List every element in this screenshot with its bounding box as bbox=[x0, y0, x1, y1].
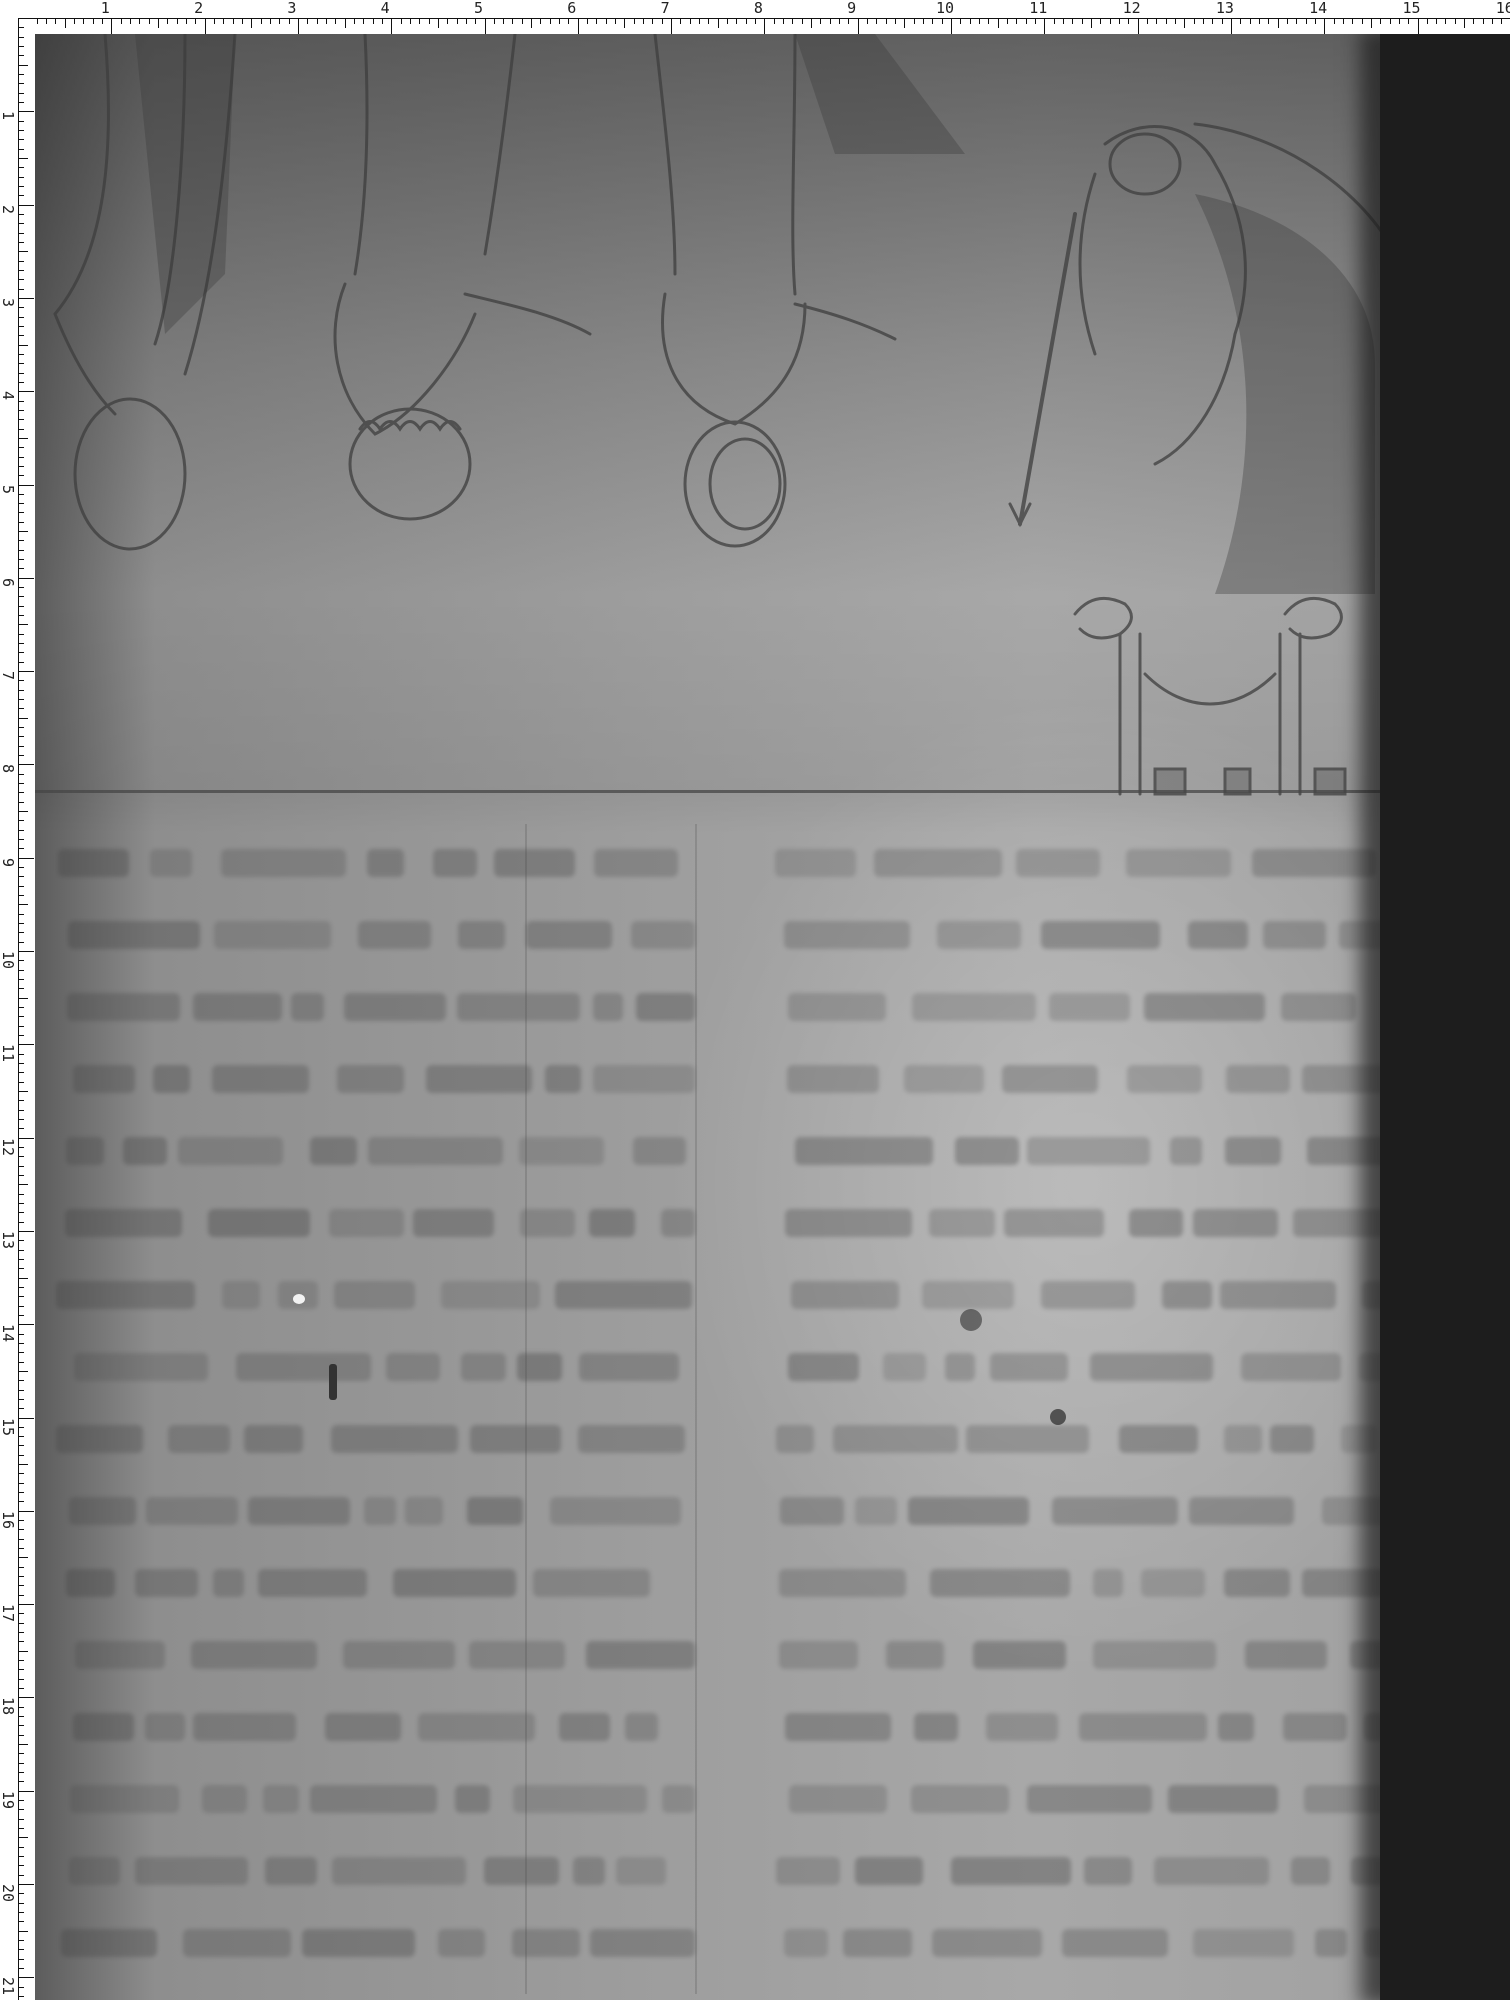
ruler-tick bbox=[18, 680, 24, 681]
horizontal-ruling-line bbox=[35, 790, 1405, 793]
ruler-tick bbox=[18, 1585, 24, 1586]
ruler-tick bbox=[1194, 18, 1195, 24]
ruler-tick bbox=[942, 18, 943, 24]
undertext-line bbox=[55, 849, 705, 877]
ruler-tick bbox=[18, 55, 24, 56]
ruler-tick bbox=[18, 1072, 24, 1073]
ruler-tick bbox=[1082, 18, 1083, 24]
ruler-tick bbox=[18, 1819, 24, 1820]
ruler-tick bbox=[18, 1707, 24, 1708]
undertext-line bbox=[55, 993, 705, 1021]
ruler-tick bbox=[18, 1054, 24, 1055]
ruler-tick bbox=[18, 830, 24, 831]
ruler-tick bbox=[1138, 18, 1139, 34]
ruler-tick bbox=[18, 1753, 24, 1754]
ruler-tick bbox=[18, 652, 24, 653]
ruler-tick bbox=[1483, 18, 1484, 24]
ruler-tick bbox=[960, 18, 961, 24]
ruler-tick bbox=[485, 18, 486, 34]
ruler-tick bbox=[18, 1847, 24, 1848]
ruler-tick bbox=[848, 18, 849, 24]
ruler-tick bbox=[1268, 18, 1269, 24]
ruler-tick bbox=[1334, 18, 1335, 24]
ruler-tick bbox=[587, 18, 588, 24]
ruler-tick bbox=[18, 774, 24, 775]
ruler-tick bbox=[158, 18, 159, 28]
ruler-tick bbox=[18, 74, 24, 75]
ruler-tick bbox=[951, 18, 952, 34]
ruler-tick bbox=[18, 438, 28, 439]
ruler-tick bbox=[18, 1026, 24, 1027]
ruler-tick bbox=[18, 923, 24, 924]
ruler-top-label: 8 bbox=[754, 0, 763, 16]
ruler-tick bbox=[18, 1651, 28, 1652]
ruler-tick bbox=[373, 18, 374, 24]
ruler-tick bbox=[1119, 18, 1120, 24]
ruler-tick bbox=[1436, 18, 1437, 24]
ruler-tick bbox=[970, 18, 971, 24]
ruler-top-label: 1 bbox=[101, 0, 110, 16]
ruler-tick bbox=[914, 18, 915, 24]
ruler-tick bbox=[988, 18, 989, 24]
ruler-tick bbox=[18, 1940, 24, 1941]
ruler-tick bbox=[18, 1436, 24, 1437]
ruler-tick bbox=[18, 1613, 24, 1614]
text-column-left bbox=[55, 849, 705, 2000]
ruler-tick bbox=[18, 596, 24, 597]
ruler-tick bbox=[18, 298, 34, 299]
ruler-tick bbox=[18, 1203, 24, 1204]
ruler-tick bbox=[1203, 18, 1204, 24]
ruler-tick bbox=[18, 1044, 34, 1045]
ruler-tick bbox=[18, 1296, 24, 1297]
ruler-tick bbox=[18, 1007, 24, 1008]
bright-spot bbox=[293, 1294, 305, 1304]
ruler-tick bbox=[18, 895, 24, 896]
ruler-top-label: 11 bbox=[1029, 0, 1047, 16]
ruler-tick bbox=[18, 1464, 28, 1465]
ruler-tick bbox=[18, 764, 34, 765]
ruler-tick bbox=[624, 18, 625, 28]
undertext-line bbox=[55, 1281, 705, 1309]
ruler-tick bbox=[18, 1501, 24, 1502]
ruler-tick bbox=[18, 335, 24, 336]
ruler-tick bbox=[18, 46, 24, 47]
ruler-tick bbox=[18, 1250, 24, 1251]
ruler-tick bbox=[839, 18, 840, 24]
ruler-tick bbox=[205, 18, 206, 34]
ruler-tick bbox=[1362, 18, 1363, 24]
ruler-tick bbox=[18, 886, 24, 887]
ruler-tick bbox=[410, 18, 411, 24]
ruler-tick bbox=[1100, 18, 1101, 24]
ruler-top-label: 12 bbox=[1123, 0, 1141, 16]
ruler-tick bbox=[18, 242, 24, 243]
ruler-tick bbox=[18, 1408, 24, 1409]
ruler-tick bbox=[1287, 18, 1288, 24]
ruler-tick bbox=[18, 951, 34, 952]
ruler-tick bbox=[18, 1231, 34, 1232]
ruler-tick bbox=[18, 1725, 24, 1726]
dark-edge-band bbox=[1380, 34, 1510, 2000]
ruler-tick bbox=[540, 18, 541, 24]
ruler-tick bbox=[18, 139, 24, 140]
ruler-tick bbox=[55, 18, 56, 24]
ruler-tick bbox=[18, 1175, 24, 1176]
ruler-tick bbox=[18, 876, 24, 877]
ruler-tick bbox=[18, 867, 24, 868]
ruler-tick bbox=[18, 1222, 24, 1223]
ruler-tick bbox=[149, 18, 150, 24]
ruler-tick bbox=[261, 18, 262, 24]
staff bbox=[1020, 214, 1075, 524]
undertext-line bbox=[55, 1137, 705, 1165]
ruler-tick bbox=[18, 858, 34, 859]
ruler-tick bbox=[18, 1912, 24, 1913]
ruler-left-band bbox=[18, 18, 34, 2000]
ruler-tick bbox=[18, 1287, 24, 1288]
ruler-tick bbox=[401, 18, 402, 24]
ruler-tick bbox=[1175, 18, 1176, 24]
ruler-tick bbox=[764, 18, 765, 34]
ruler-tick bbox=[18, 1931, 28, 1932]
ruler-tick bbox=[634, 18, 635, 24]
figure-1-robe bbox=[55, 34, 115, 414]
ruler-tick bbox=[18, 988, 24, 989]
ruler-tick bbox=[18, 1903, 24, 1904]
undertext-line bbox=[775, 1713, 1405, 1741]
undertext-line bbox=[55, 1929, 705, 1957]
ruler-tick bbox=[18, 1763, 24, 1764]
ruler-tick bbox=[18, 466, 24, 467]
ruler-tick bbox=[233, 18, 234, 24]
ruler-tick bbox=[18, 671, 34, 672]
ruler-tick bbox=[1296, 18, 1297, 24]
undertext-line bbox=[775, 1209, 1405, 1237]
ruler-tick bbox=[18, 820, 24, 821]
ruler-tick bbox=[18, 18, 34, 19]
ruler-tick bbox=[1250, 18, 1251, 24]
ruler-tick bbox=[18, 345, 28, 346]
ruler-tick bbox=[690, 18, 691, 24]
ruler-tick bbox=[18, 1511, 34, 1512]
ruler-tick bbox=[1492, 18, 1493, 24]
ruler-tick bbox=[18, 1548, 24, 1549]
ruler-tick bbox=[102, 18, 103, 24]
ruler-tick bbox=[18, 1399, 24, 1400]
ruler-tick bbox=[18, 1949, 24, 1950]
ruler-tick bbox=[18, 1875, 24, 1876]
ruler-tick bbox=[736, 18, 737, 24]
ruler-tick bbox=[895, 18, 896, 24]
ruler-tick bbox=[708, 18, 709, 24]
ruler-tick bbox=[18, 1445, 24, 1446]
ruler-tick bbox=[18, 1212, 24, 1213]
ruler-tick bbox=[18, 93, 24, 94]
ruler-tick bbox=[1156, 18, 1157, 24]
ruler-tick bbox=[18, 373, 24, 374]
ruler-tick bbox=[18, 1343, 24, 1344]
ruler-tick bbox=[18, 1781, 24, 1782]
ruler-tick bbox=[1026, 18, 1027, 24]
ruler-tick bbox=[18, 1856, 24, 1857]
ruler-tick bbox=[18, 1809, 24, 1810]
ruler-tick bbox=[307, 18, 308, 24]
ruler-tick bbox=[18, 624, 28, 625]
ruler-tick bbox=[251, 18, 252, 28]
ruler-tick bbox=[18, 317, 24, 318]
ruler-tick bbox=[382, 18, 383, 24]
ruler-tick bbox=[18, 783, 24, 784]
ruler-tick bbox=[335, 18, 336, 24]
ruler-tick bbox=[419, 18, 420, 24]
ruler-tick bbox=[18, 606, 24, 607]
ruler-tick bbox=[18, 1669, 24, 1670]
undertext-line bbox=[775, 1785, 1405, 1813]
ruler-tick bbox=[130, 18, 131, 24]
ruler-tick bbox=[18, 960, 24, 961]
ruler-tick bbox=[18, 121, 24, 122]
ruler-tick bbox=[18, 802, 24, 803]
ruler-tick bbox=[18, 1063, 24, 1064]
ruler-tick bbox=[326, 18, 327, 24]
ruler-tick bbox=[18, 279, 24, 280]
ruler-tick bbox=[18, 1735, 24, 1736]
ruler-tick bbox=[1147, 18, 1148, 24]
undertext-line bbox=[775, 993, 1405, 1021]
ruler-tick bbox=[18, 1324, 34, 1325]
ruler-tick bbox=[858, 18, 859, 34]
ruler-top-label: 15 bbox=[1402, 0, 1420, 16]
ruler-tick bbox=[596, 18, 597, 24]
ruler-tick bbox=[18, 102, 24, 103]
ruler-tick bbox=[615, 18, 616, 24]
ruler-tick bbox=[755, 18, 756, 24]
ruler-tick bbox=[18, 354, 24, 355]
ruler-tick bbox=[475, 18, 476, 24]
figure-2-head bbox=[350, 409, 470, 519]
ruler-tick bbox=[18, 223, 24, 224]
ruler-tick bbox=[18, 149, 24, 150]
ruler-tick bbox=[18, 1362, 24, 1363]
undertext-line bbox=[55, 921, 705, 949]
ruler-tick bbox=[18, 690, 24, 691]
ruler-tick bbox=[18, 1147, 24, 1148]
ruler-tick bbox=[1212, 18, 1213, 24]
undertext-line bbox=[55, 1353, 705, 1381]
undertext-line bbox=[775, 1569, 1405, 1597]
ruler-tick bbox=[18, 522, 24, 523]
ruler-tick bbox=[18, 1987, 24, 1988]
ruler-top-label: 16 bbox=[1496, 0, 1510, 16]
ruler-tick bbox=[550, 18, 551, 24]
ruler-tick bbox=[746, 18, 747, 24]
ruler-tick bbox=[18, 1744, 28, 1745]
text-column-right bbox=[775, 849, 1405, 2000]
ruler-tick bbox=[1324, 18, 1325, 34]
ruler-top-label: 5 bbox=[474, 0, 483, 16]
ruler-tick bbox=[298, 18, 299, 34]
ruler-tick bbox=[18, 755, 24, 756]
undertext-line bbox=[775, 921, 1405, 949]
ruler-tick bbox=[18, 1082, 24, 1083]
ruler-tick bbox=[1343, 18, 1344, 24]
ruler-tick bbox=[18, 289, 24, 290]
ruler-tick bbox=[494, 18, 495, 24]
ruler-top-label: 6 bbox=[567, 0, 576, 16]
ruler-tick bbox=[18, 1641, 24, 1642]
ruler-tick bbox=[18, 718, 28, 719]
ruler-tick bbox=[18, 662, 24, 663]
undertext-line bbox=[775, 1065, 1405, 1093]
ruler-tick bbox=[18, 727, 24, 728]
ruler-tick bbox=[18, 391, 34, 392]
ruler-tick bbox=[18, 1156, 24, 1157]
ruler-tick bbox=[1464, 18, 1465, 28]
ruler-tick bbox=[1072, 18, 1073, 24]
ruler-tick bbox=[1473, 18, 1474, 24]
ruler-tick bbox=[167, 18, 168, 24]
ruler-tick bbox=[242, 18, 243, 24]
ruler-top-label: 10 bbox=[936, 0, 954, 16]
undertext-line bbox=[775, 1137, 1405, 1165]
ruler-tick bbox=[18, 1716, 24, 1717]
ruler-tick bbox=[354, 18, 355, 24]
undertext-line bbox=[775, 1353, 1405, 1381]
ruler-tick bbox=[1063, 18, 1064, 24]
ruler-tick bbox=[1240, 18, 1241, 24]
ruler-tick bbox=[18, 1539, 24, 1540]
ruler-tick bbox=[18, 1380, 24, 1381]
ruler-tick bbox=[18, 1828, 24, 1829]
ruler-tick bbox=[18, 65, 28, 66]
ruler-tick bbox=[1306, 18, 1307, 24]
ruler-tick bbox=[18, 111, 34, 112]
ruler-tick bbox=[998, 18, 999, 28]
ruler-tick bbox=[652, 18, 653, 24]
undertext-line bbox=[775, 849, 1405, 877]
ruler-tick bbox=[1110, 18, 1111, 24]
ruler-top-label: 13 bbox=[1216, 0, 1234, 16]
ruler-tick bbox=[18, 1035, 24, 1036]
ruler-tick bbox=[18, 475, 24, 476]
ruler-tick bbox=[792, 18, 793, 24]
ruler-tick bbox=[774, 18, 775, 24]
ruler-tick bbox=[18, 1473, 24, 1474]
ruler-tick bbox=[1128, 18, 1129, 24]
ruler-tick bbox=[18, 186, 24, 187]
undertext-line bbox=[55, 1785, 705, 1813]
undertext-line bbox=[775, 1497, 1405, 1525]
ruler-tick bbox=[18, 1128, 24, 1129]
figure-1-head bbox=[75, 399, 185, 549]
ruler-tick bbox=[18, 1268, 24, 1269]
ruler-tick bbox=[1091, 18, 1092, 28]
ruler-tick bbox=[18, 167, 24, 168]
ruler-tick bbox=[830, 18, 831, 24]
ruler-tick bbox=[18, 643, 24, 644]
ruler-tick bbox=[18, 1091, 28, 1092]
ruler-tick bbox=[18, 205, 34, 206]
ruler-tick bbox=[18, 531, 28, 532]
ruler-tick bbox=[1380, 18, 1381, 24]
ruler-tick bbox=[18, 233, 24, 234]
ruler-tick bbox=[429, 18, 430, 24]
ruler-tick bbox=[121, 18, 122, 24]
ruler-tick bbox=[18, 1259, 24, 1260]
ruler-tick bbox=[18, 83, 24, 84]
ruler-tick bbox=[18, 587, 24, 588]
ruler-tick bbox=[1352, 18, 1353, 24]
ruler-tick bbox=[18, 1996, 24, 1997]
ruler-tick bbox=[18, 559, 24, 560]
ruler-tick bbox=[1278, 18, 1279, 28]
ruler-tick bbox=[18, 195, 24, 196]
ruler-tick bbox=[18, 1800, 24, 1801]
undertext-line bbox=[775, 1929, 1405, 1957]
undertext-line bbox=[55, 1425, 705, 1453]
ruler-tick bbox=[466, 18, 467, 24]
ruler-tick bbox=[18, 998, 28, 999]
ruler-tick bbox=[18, 699, 24, 700]
ruler-tick bbox=[18, 1418, 34, 1419]
ruler-tick bbox=[18, 1567, 24, 1568]
ruler-tick bbox=[662, 18, 663, 24]
ruler-tick bbox=[1044, 18, 1045, 34]
ruler-tick bbox=[18, 1688, 24, 1689]
ruler-tick bbox=[457, 18, 458, 24]
ruler-tick bbox=[1445, 18, 1446, 24]
ruler-tick bbox=[18, 27, 24, 28]
ruler-tick bbox=[512, 18, 513, 24]
ruler-tick bbox=[65, 18, 66, 28]
ruler-tick bbox=[18, 792, 24, 793]
ruler-tick bbox=[195, 18, 196, 24]
ruler-tick bbox=[18, 1921, 24, 1922]
ruler-tick bbox=[18, 1306, 24, 1307]
ruler-tick bbox=[391, 18, 392, 34]
undertext-line bbox=[775, 1281, 1405, 1309]
ruler-tick bbox=[18, 494, 24, 495]
ruler-tick bbox=[345, 18, 346, 28]
ruler-tick bbox=[18, 1166, 24, 1167]
ruler-tick bbox=[18, 708, 24, 709]
ruler-tick bbox=[1501, 18, 1502, 24]
ruler-tick bbox=[18, 540, 24, 541]
ruler-tick bbox=[83, 18, 84, 24]
ruler-tick bbox=[578, 18, 579, 34]
ruler-tick bbox=[1035, 18, 1036, 24]
ruler-tick bbox=[18, 970, 24, 971]
ruler-tick bbox=[18, 447, 24, 448]
ruler-tick bbox=[447, 18, 448, 24]
ruler-top-label: 4 bbox=[381, 0, 390, 16]
undertext-line bbox=[55, 1713, 705, 1741]
ruler-top-label: 14 bbox=[1309, 0, 1327, 16]
ruler-tick bbox=[18, 37, 24, 38]
undertext-line bbox=[55, 1569, 705, 1597]
undertext-line bbox=[55, 1857, 705, 1885]
ruler-tick bbox=[18, 1865, 24, 1866]
ruler-tick bbox=[1455, 18, 1456, 24]
ruler-tick bbox=[37, 18, 38, 24]
ruler-tick bbox=[18, 1315, 24, 1316]
ruler-tick bbox=[811, 18, 812, 28]
ruler-tick bbox=[18, 307, 24, 308]
ruler-tick bbox=[923, 18, 924, 24]
ruler-tick bbox=[18, 1483, 24, 1484]
undertext-line bbox=[775, 1425, 1405, 1453]
